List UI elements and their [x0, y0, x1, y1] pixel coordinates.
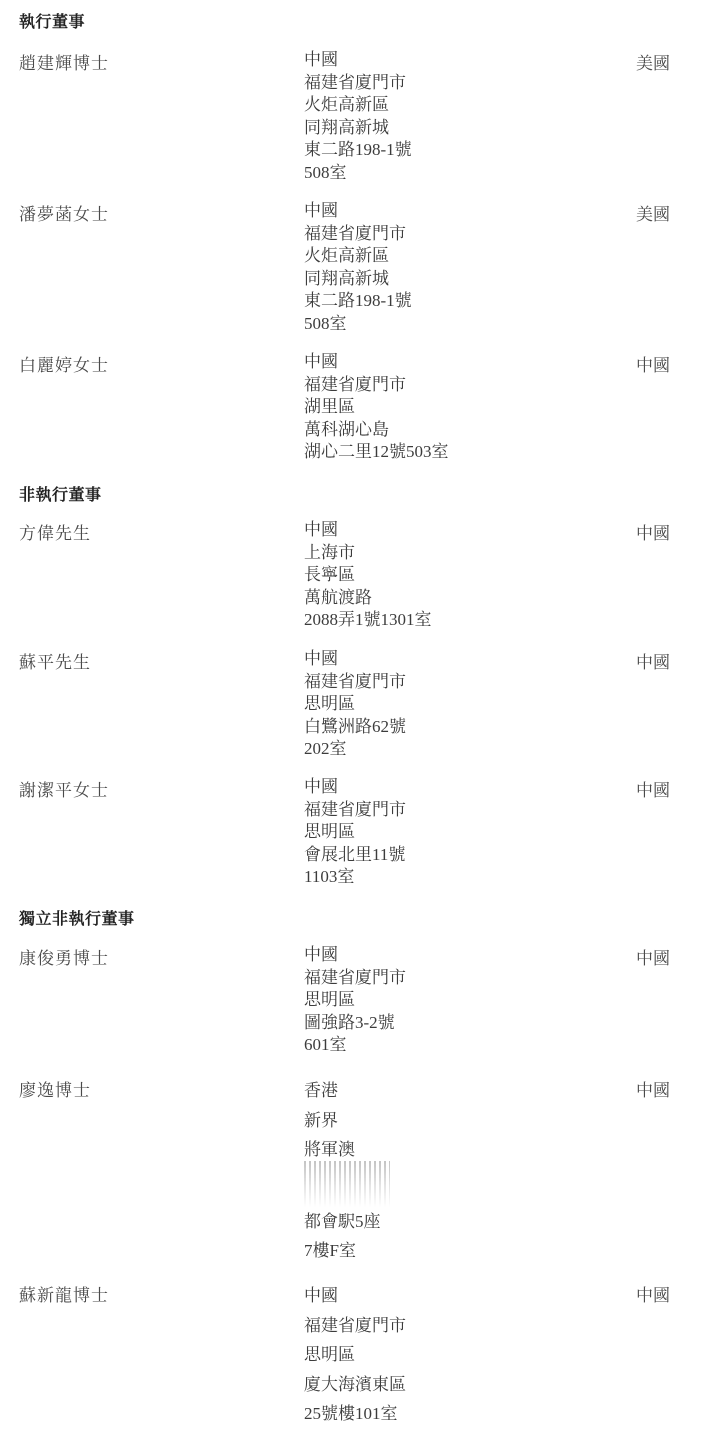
- address-line: 福建省廈門市: [304, 967, 406, 990]
- address-line: 新界: [304, 1106, 390, 1136]
- scan-artifact: [304, 1161, 390, 1207]
- address-line: 思明區: [304, 821, 406, 844]
- address-line: 福建省廈門市: [304, 1311, 406, 1341]
- address-line: 福建省廈門市: [304, 799, 406, 822]
- director-name: 康俊勇博士: [19, 944, 109, 969]
- director-nationality: 中國: [636, 648, 670, 673]
- address-line: 中國: [304, 648, 406, 671]
- address-line: 同翔高新城: [304, 268, 412, 291]
- director-address: 香港 新界 將軍澳 都會駅5座 7樓F室: [304, 1076, 390, 1266]
- director-address: 中國 福建省廈門市 湖里區 萬科湖心島 湖心二里12號503室: [304, 351, 449, 464]
- address-line: 思明區: [304, 1340, 406, 1370]
- section-heading-independent-non-executive-directors: 獨立非執行董事: [19, 906, 135, 929]
- address-line: 東二路198-1號: [304, 290, 412, 313]
- address-line: 福建省廈門市: [304, 223, 412, 246]
- address-line: 中國: [304, 351, 449, 374]
- director-nationality: 中國: [636, 944, 670, 969]
- address-line: 中國: [304, 519, 432, 542]
- address-line: 福建省廈門市: [304, 671, 406, 694]
- address-line: 都會駅5座: [304, 1207, 390, 1237]
- address-line: 火炬高新區: [304, 245, 412, 268]
- address-line: 601室: [304, 1034, 406, 1057]
- address-line: 湖里區: [304, 396, 449, 419]
- director-name: 白麗婷女士: [19, 351, 109, 376]
- director-address: 中國 福建省廈門市 思明區 廈大海濱東區 25號樓101室: [304, 1281, 406, 1429]
- director-name: 方偉先生: [19, 519, 91, 544]
- director-address: 中國 福建省廈門市 火炬高新區 同翔高新城 東二路198-1號 508室: [304, 200, 412, 336]
- director-name: 蘇平先生: [19, 648, 91, 673]
- director-address: 中國 上海市 長寧區 萬航渡路 2088弄1號1301室: [304, 519, 432, 632]
- director-name: 潘夢菡女士: [19, 200, 109, 225]
- address-line: 福建省廈門市: [304, 72, 412, 95]
- director-nationality: 中國: [636, 519, 670, 544]
- address-line: 508室: [304, 162, 412, 185]
- director-name: 廖逸博士: [19, 1076, 91, 1101]
- address-line: 上海市: [304, 542, 432, 565]
- director-address: 中國 福建省廈門市 思明區 圖強路3-2號 601室: [304, 944, 406, 1057]
- address-line: 思明區: [304, 989, 406, 1012]
- section-heading-executive-directors: 執行董事: [19, 9, 85, 32]
- section-heading-non-executive-directors: 非執行董事: [19, 482, 102, 505]
- address-line: 同翔高新城: [304, 117, 412, 140]
- address-line: 長寧區: [304, 564, 432, 587]
- address-line: 中國: [304, 944, 406, 967]
- director-address: 中國 福建省廈門市 思明區 白鷺洲路62號 202室: [304, 648, 406, 761]
- address-line: 白鷺洲路62號: [304, 716, 406, 739]
- address-line: 香港: [304, 1076, 390, 1106]
- address-line: 會展北里11號: [304, 844, 406, 867]
- director-nationality: 中國: [636, 351, 670, 376]
- director-name: 謝潔平女士: [19, 776, 109, 801]
- address-line: 圖強路3-2號: [304, 1012, 406, 1035]
- director-name: 蘇新龍博士: [19, 1281, 109, 1306]
- director-nationality: 中國: [636, 1076, 670, 1101]
- address-line: 7樓F室: [304, 1236, 390, 1266]
- director-name: 趙建輝博士: [19, 49, 109, 74]
- address-line: 萬科湖心島: [304, 419, 449, 442]
- address-line: 中國: [304, 49, 412, 72]
- address-line: 萬航渡路: [304, 587, 432, 610]
- director-address: 中國 福建省廈門市 思明區 會展北里11號 1103室: [304, 776, 406, 889]
- address-line: 25號樓101室: [304, 1399, 406, 1429]
- director-nationality: 中國: [636, 776, 670, 801]
- address-line: 202室: [304, 738, 406, 761]
- address-line: 火炬高新區: [304, 94, 412, 117]
- address-line: 湖心二里12號503室: [304, 441, 449, 464]
- director-address: 中國 福建省廈門市 火炬高新區 同翔高新城 東二路198-1號 508室: [304, 49, 412, 185]
- address-line: 廈大海濱東區: [304, 1370, 406, 1400]
- address-line: 思明區: [304, 693, 406, 716]
- address-line: 福建省廈門市: [304, 374, 449, 397]
- address-line: 東二路198-1號: [304, 139, 412, 162]
- address-line: 中國: [304, 1281, 406, 1311]
- director-nationality: 美國: [636, 49, 670, 74]
- address-line: 中國: [304, 776, 406, 799]
- address-line: 2088弄1號1301室: [304, 609, 432, 632]
- address-line: 中國: [304, 200, 412, 223]
- address-line: 508室: [304, 313, 412, 336]
- director-nationality: 中國: [636, 1281, 670, 1306]
- director-nationality: 美國: [636, 200, 670, 225]
- address-line: 1103室: [304, 866, 406, 889]
